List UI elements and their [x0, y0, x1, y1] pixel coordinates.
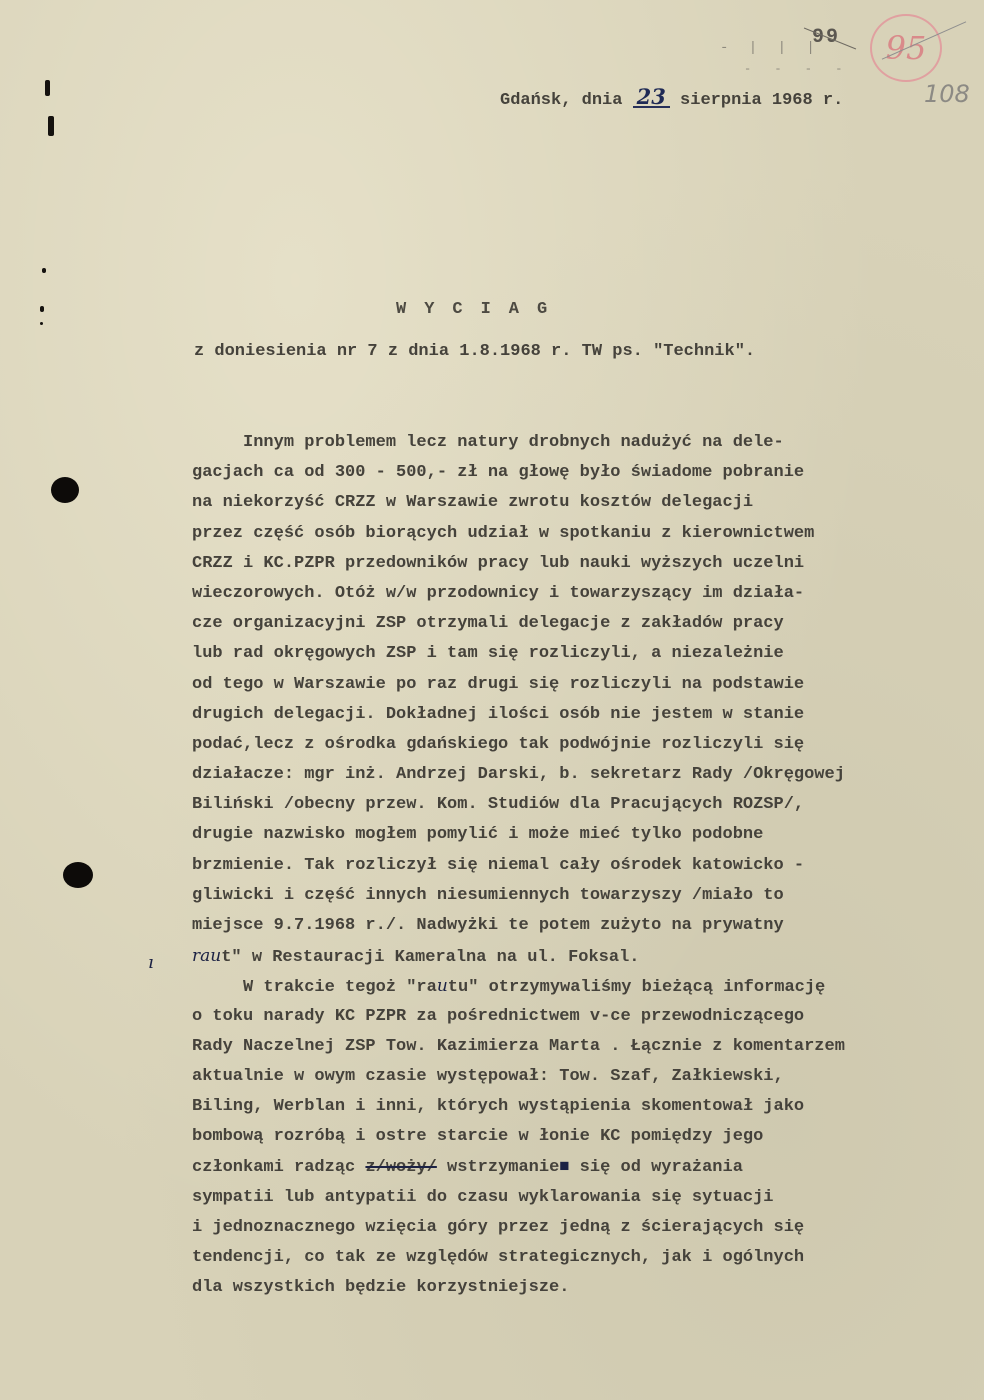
- body-line: Biliński /obecny przew. Kom. Studiów dla…: [192, 790, 982, 820]
- document-subtitle: z doniesienia nr 7 z dnia 1.8.1968 r. TW…: [194, 342, 755, 361]
- document-title: WYCIAG: [396, 300, 565, 319]
- body-line: drugich delegacji. Dokładnej ilości osób…: [192, 700, 982, 730]
- dateline: Gdańsk, dnia 23 sierpnia 1968 r.: [500, 88, 843, 110]
- body-line: podać,lecz z ośrodka gdańskiego tak podw…: [192, 730, 982, 760]
- typed-text: W trakcie tegoż "ra: [192, 978, 437, 997]
- struck-out-text: z/woży/: [365, 1158, 436, 1177]
- body-line: od tego w Warszawie po raz drugi się roz…: [192, 670, 982, 700]
- body-line-struck: członkami radząc z/woży/ wstrzymanie■ si…: [192, 1153, 982, 1183]
- faint-archive-marks: - | | |: [720, 40, 821, 56]
- typed-text: członkami radząc: [192, 1158, 365, 1177]
- body-line: CRZZ i KC.PZPR przedowników pracy lub na…: [192, 549, 982, 579]
- body-line: cze organizacyjni ZSP otrzymali delegacj…: [192, 609, 982, 639]
- margin-handwritten-mark: ı: [148, 952, 154, 973]
- body-line: o toku narady KC PZPR za pośrednictwem v…: [192, 1002, 982, 1032]
- body-line: na niekorzyść CRZZ w Warszawie zwrotu ko…: [192, 488, 982, 518]
- margin-ink-mark: [45, 80, 50, 96]
- body-line: drugie nazwisko mogłem pomylić i może mi…: [192, 820, 982, 850]
- handwritten-correction: rau: [192, 946, 221, 966]
- margin-ink-mark: [42, 268, 46, 273]
- typed-text: wstrzymanie: [437, 1158, 559, 1177]
- body-line: Innym problemem lecz natury drobnych nad…: [192, 428, 982, 458]
- body-line-trakcie: W trakcie tegoż "rautu" otrzymywaliśmy b…: [192, 971, 982, 1001]
- document-body: Innym problemem lecz natury drobnych nad…: [192, 428, 982, 1303]
- handwritten-correction: u: [437, 976, 448, 996]
- body-line: bombową rozróbą i ostre starcie w łonie …: [192, 1122, 982, 1152]
- body-line: lub rad okręgowych ZSP i tam się rozlicz…: [192, 639, 982, 669]
- body-line: tendencji, co tak ze względów strategicz…: [192, 1243, 982, 1273]
- body-line: dla wszystkich będzie korzystniejsze.: [192, 1273, 982, 1303]
- body-line: sympatii lub antypatii do czasu wyklarow…: [192, 1183, 982, 1213]
- body-line: miejsce 9.7.1968 r./. Nadwyżki te potem …: [192, 911, 982, 941]
- dateline-suffix: sierpnia 1968 r.: [670, 91, 843, 110]
- body-line: Rady Naczelnej ZSP Tow. Kazimierza Marta…: [192, 1032, 982, 1062]
- dateline-prefix: Gdańsk, dnia: [500, 91, 633, 110]
- body-line: aktualnie w owym czasie występował: Tow.…: [192, 1062, 982, 1092]
- faint-archive-dashes: - - - -: [744, 62, 850, 76]
- body-line: wieczorowych. Otóż w/w przodownicy i tow…: [192, 579, 982, 609]
- body-line: przez część osób biorących udział w spot…: [192, 519, 982, 549]
- typed-text: tu" otrzymywaliśmy bieżącą informację: [448, 978, 825, 997]
- document-page: - | | | - - - - 99 95 108 Gdańsk, dnia 2…: [0, 0, 984, 1400]
- pencil-folio-number: 108: [924, 80, 970, 108]
- handwritten-day: 23: [633, 88, 670, 108]
- body-line: działacze: mgr inż. Andrzej Darski, b. s…: [192, 760, 982, 790]
- body-line: gacjach ca od 300 - 500,- zł na głowę by…: [192, 458, 982, 488]
- typed-text: t" w Restauracji Kameralna na ul. Foksal…: [221, 948, 639, 967]
- margin-ink-mark: [40, 306, 44, 312]
- typed-text: się od wyrażania: [569, 1158, 742, 1177]
- body-line: i jednoznacznego wzięcia góry przez jedn…: [192, 1213, 982, 1243]
- margin-ink-mark: [40, 322, 43, 325]
- punch-hole: [63, 862, 93, 888]
- body-line: gliwicki i część innych niesumiennych to…: [192, 881, 982, 911]
- margin-ink-mark: [48, 116, 54, 136]
- typed-folio-number: 99: [812, 26, 840, 49]
- body-line-rout: raut" w Restauracji Kameralna na ul. Fok…: [192, 941, 982, 971]
- body-line: brzmienie. Tak rozliczył się niemal cały…: [192, 851, 982, 881]
- ink-blot-mark: ■: [559, 1158, 569, 1177]
- punch-hole: [51, 477, 79, 503]
- body-line: Biling, Werblan i inni, których wystąpie…: [192, 1092, 982, 1122]
